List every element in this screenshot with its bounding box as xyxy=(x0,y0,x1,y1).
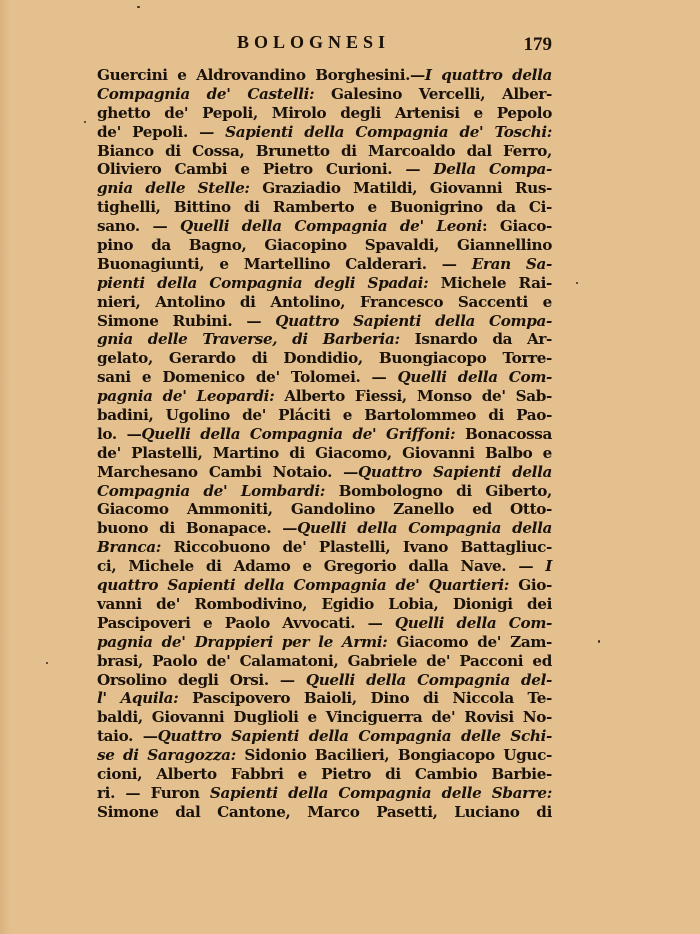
italic-text: Eran Sa- xyxy=(472,255,552,273)
body-text: Guercini e Aldrovandino Borghesini.—I qu… xyxy=(97,66,552,822)
roman-text: pino da Bagno, Giacopino Spavaldi, Giann… xyxy=(97,236,552,254)
roman-text: Bianco di Cossa, Brunetto di Marcoaldo d… xyxy=(97,142,552,160)
text-line: badini, Ugolino de' Pláciti e Bartolomme… xyxy=(97,406,552,425)
text-line: sano. — Quelli della Compagnia de' Leoni… xyxy=(97,217,552,236)
text-line: cioni, Alberto Fabbri e Pietro di Cambio… xyxy=(97,765,552,784)
text-line: Giacomo Ammoniti, Gandolino Zanello ed O… xyxy=(97,500,552,519)
text-line: Buonagiunti, e Martellino Calderari. — E… xyxy=(97,255,552,274)
roman-text: brasi, Paolo de' Calamatoni, Gabriele de… xyxy=(97,652,552,670)
text-line: Bianco di Cossa, Brunetto di Marcoaldo d… xyxy=(97,142,552,161)
roman-text: Pascipoveri e Paolo Avvocati. — xyxy=(97,614,395,632)
italic-text: Quattro Sapienti della Compa- xyxy=(275,312,552,330)
text-line: buono di Bonapace. —Quelli della Compagn… xyxy=(97,519,552,538)
roman-text: Giacomo Ammoniti, Gandolino Zanello ed O… xyxy=(97,500,552,518)
text-line: Simone Rubini. — Quattro Sapienti della … xyxy=(97,312,552,331)
roman-text: Riccobuono de' Plastelli, Ivano Battagli… xyxy=(161,538,552,556)
text-line: ri. — Furon Sapienti della Compagnia del… xyxy=(97,784,552,803)
italic-text: Quelli della Com- xyxy=(398,368,552,386)
text-line: Compagnia de' Lombardi: Bombologno di Gi… xyxy=(97,482,552,501)
roman-text: gelato, Gerardo di Dondidio, Buongiacopo… xyxy=(97,349,552,367)
text-line: pagnia de' Leopardi: Alberto Fiessi, Mon… xyxy=(97,387,552,406)
roman-text: Gio- xyxy=(509,576,552,594)
roman-text: Buonagiunti, e Martellino Calderari. — xyxy=(97,255,472,273)
text-line: sani e Domenico de' Tolomei. — Quelli de… xyxy=(97,368,552,387)
roman-text: lo. — xyxy=(97,425,141,443)
text-line: Oliviero Cambi e Pietro Curioni. — Della… xyxy=(97,160,552,179)
roman-text: Galesino Vercelli, Alber- xyxy=(314,85,552,103)
roman-text: Graziadio Matildi, Giovanni Rus- xyxy=(250,179,552,197)
text-line: tighelli, Bittino di Ramberto e Buonigri… xyxy=(97,198,552,217)
italic-text: se di Saragozza: xyxy=(97,746,236,764)
italic-text: Compagnia de' Lombardi: xyxy=(97,482,325,500)
text-line: ci, Michele di Adamo e Gregorio dalla Na… xyxy=(97,557,552,576)
text-line: vanni de' Rombodivino, Egidio Lobia, Dio… xyxy=(97,595,552,614)
roman-text: Oliviero Cambi e Pietro Curioni. — xyxy=(97,160,433,178)
italic-text: Quelli della Compagnia de' Leoni xyxy=(180,217,482,235)
running-title: BOLOGNESI xyxy=(237,32,390,53)
page-header: BOLOGNESI 179 xyxy=(97,30,552,56)
italic-text: I xyxy=(545,557,552,575)
text-line: baldi, Giovanni Duglioli e Vinciguerra d… xyxy=(97,708,552,727)
italic-text: Quelli della Compagnia del- xyxy=(306,671,552,689)
text-line: de' Pepoli. — Sapienti della Compagnia d… xyxy=(97,123,552,142)
roman-text: taio. — xyxy=(97,727,158,745)
roman-text: ri. — Furon xyxy=(97,784,210,802)
text-line: Compagnia de' Castelli: Galesino Vercell… xyxy=(97,85,552,104)
roman-text: Pascipovero Baioli, Dino di Niccola Te- xyxy=(178,689,552,707)
text-line: pino da Bagno, Giacopino Spavaldi, Giann… xyxy=(97,236,552,255)
text-line: Orsolino degli Orsi. — Quelli della Comp… xyxy=(97,671,552,690)
roman-text: Orsolino degli Orsi. — xyxy=(97,671,306,689)
italic-text: pienti della Compagnia degli Spadai: xyxy=(97,274,428,292)
roman-text: Sidonio Bacilieri, Bongiacopo Uguc- xyxy=(236,746,552,764)
italic-text: Della Compa- xyxy=(433,160,552,178)
roman-text: Guercini e Aldrovandino Borghesini.— xyxy=(97,66,425,84)
roman-text: badini, Ugolino de' Pláciti e Bartolomme… xyxy=(97,406,552,424)
italic-text: pagnia de' Leopardi: xyxy=(97,387,274,405)
italic-text: Quelli della Compagnia della xyxy=(297,519,552,537)
text-line: se di Saragozza: Sidonio Bacilieri, Bong… xyxy=(97,746,552,765)
ink-speck xyxy=(576,282,578,284)
italic-text: quattro Sapienti della Compagnia de' Qua… xyxy=(97,576,509,594)
text-line: l' Aquila: Pascipovero Baioli, Dino di N… xyxy=(97,689,552,708)
italic-text: l' Aquila: xyxy=(97,689,178,707)
roman-text: nieri, Antolino di Antolino, Francesco S… xyxy=(97,293,552,311)
text-line: pienti della Compagnia degli Spadai: Mic… xyxy=(97,274,552,293)
italic-text: Compagnia de' Castelli: xyxy=(97,85,314,103)
roman-text: vanni de' Rombodivino, Egidio Lobia, Dio… xyxy=(97,595,552,613)
text-line: pagnia de' Drappieri per le Armi: Giacom… xyxy=(97,633,552,652)
italic-text: Quattro Sapienti della xyxy=(358,463,552,481)
italic-text: Branca: xyxy=(97,538,161,556)
text-line: Simone dal Cantone, Marco Pasetti, Lucia… xyxy=(97,803,552,822)
italic-text: pagnia de' Drappieri per le Armi: xyxy=(97,633,387,651)
italic-text: gnia delle Traverse, di Barberia: xyxy=(97,330,400,348)
text-line: ghetto de' Pepoli, Mirolo degli Artenisi… xyxy=(97,104,552,123)
roman-text: sano. — xyxy=(97,217,180,235)
text-line: Branca: Riccobuono de' Plastelli, Ivano … xyxy=(97,538,552,557)
roman-text: Marchesano Cambi Notaio. — xyxy=(97,463,358,481)
roman-text: Alberto Fiessi, Monso de' Sab- xyxy=(274,387,552,405)
roman-text: ghetto de' Pepoli, Mirolo degli Artenisi… xyxy=(97,104,552,122)
roman-text: Giacomo de' Zam- xyxy=(387,633,552,651)
text-line: taio. —Quattro Sapienti della Compagnia … xyxy=(97,727,552,746)
roman-text: buono di Bonapace. — xyxy=(97,519,297,537)
page-number: 179 xyxy=(524,34,553,56)
text-line: Pascipoveri e Paolo Avvocati. — Quelli d… xyxy=(97,614,552,633)
roman-text: Bonacossa xyxy=(455,425,552,443)
text-line: gnia delle Stelle: Graziadio Matildi, Gi… xyxy=(97,179,552,198)
italic-text: gnia delle Stelle: xyxy=(97,179,250,197)
roman-text: Michele Rai- xyxy=(428,274,552,292)
text-line: quattro Sapienti della Compagnia de' Qua… xyxy=(97,576,552,595)
text-line: Guercini e Aldrovandino Borghesini.—I qu… xyxy=(97,66,552,85)
text-line: gnia delle Traverse, di Barberia: Isnard… xyxy=(97,330,552,349)
text-line: brasi, Paolo de' Calamatoni, Gabriele de… xyxy=(97,652,552,671)
roman-text: Isnardo da Ar- xyxy=(400,330,552,348)
roman-text: de' Plastelli, Martino di Giacomo, Giova… xyxy=(97,444,552,462)
roman-text: Simone Rubini. — xyxy=(97,312,275,330)
text-line: nieri, Antolino di Antolino, Francesco S… xyxy=(97,293,552,312)
roman-text: de' Pepoli. — xyxy=(97,123,225,141)
text-line: Marchesano Cambi Notaio. —Quattro Sapien… xyxy=(97,463,552,482)
ink-speck xyxy=(598,640,600,643)
italic-text: Quelli della Compagnia de' Griffoni: xyxy=(141,425,455,443)
ink-speck xyxy=(137,6,140,8)
page-edge xyxy=(0,0,10,934)
roman-text: sani e Domenico de' Tolomei. — xyxy=(97,368,398,386)
italic-text: Quattro Sapienti della Compagnia delle S… xyxy=(158,727,552,745)
italic-text: I quattro della xyxy=(425,66,552,84)
roman-text: tighelli, Bittino di Ramberto e Buonigri… xyxy=(97,198,552,216)
text-line: de' Plastelli, Martino di Giacomo, Giova… xyxy=(97,444,552,463)
text-line: gelato, Gerardo di Dondidio, Buongiacopo… xyxy=(97,349,552,368)
roman-text: Simone dal Cantone, Marco Pasetti, Lucia… xyxy=(97,803,552,821)
roman-text: cioni, Alberto Fabbri e Pietro di Cambio… xyxy=(97,765,552,783)
text-line: lo. —Quelli della Compagnia de' Griffoni… xyxy=(97,425,552,444)
roman-text: ci, Michele di Adamo e Gregorio dalla Na… xyxy=(97,557,545,575)
roman-text: baldi, Giovanni Duglioli e Vinciguerra d… xyxy=(97,708,552,726)
italic-text: Sapienti della Compagnia de' Toschi: xyxy=(225,123,552,141)
roman-text: Bombologno di Giberto, xyxy=(325,482,552,500)
roman-text: : Giaco- xyxy=(482,217,552,235)
ink-speck xyxy=(46,662,48,664)
italic-text: Sapienti della Compagnia delle Sbarre: xyxy=(210,784,552,802)
italic-text: Quelli della Com- xyxy=(395,614,552,632)
ink-speck xyxy=(84,121,86,123)
